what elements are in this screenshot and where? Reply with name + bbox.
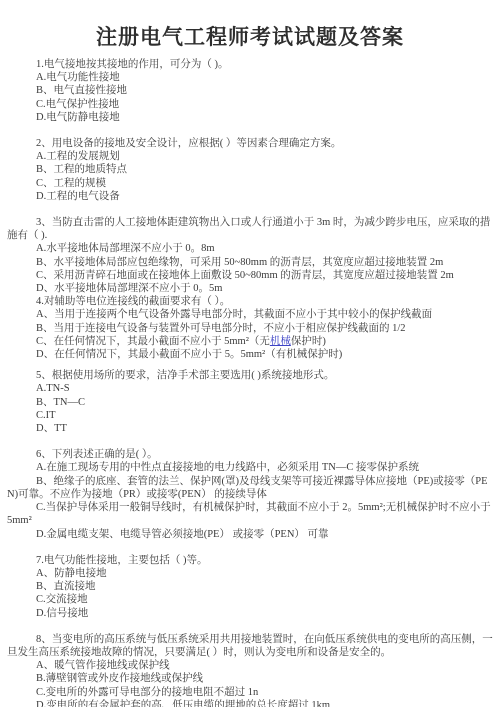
- option-text: C、在任何情况下，其最小截面不应小于 5mm²（无: [36, 336, 270, 347]
- option: B.薄壁钢管或外皮作接地线或保护线: [7, 672, 493, 685]
- question-stem: 4.对辅助等电位连接线的截面要求有（ ）。: [7, 295, 493, 308]
- option: C、工程的规模: [7, 177, 493, 190]
- question-block-7: 7.电气功能性接地，主要包括（ )等。 A、防静电接地 B、直流接地 C.交流接…: [7, 554, 493, 620]
- option: C、采用沥青碎石地面或在接地体上面敷设 50~80mm 的沥青层，其宽度应超过接…: [7, 269, 493, 282]
- option: D.金属电缆支架、电缆导管必须接地(PE） 或接零（PEN） 可靠: [7, 528, 493, 541]
- option: B、水平接地体局部应包绝缘物，可采用 50~80mm 的沥青层，其宽度应超过接地…: [7, 256, 493, 269]
- option: B、绝缘子的底座、套管的法兰、保护网(罩)及母线支架等可接近裸露导体应接地（PE…: [7, 475, 493, 501]
- question-stem: 6、下列表述正确的是( ）。: [7, 448, 493, 461]
- question-block-3: 3、当防直击雷的人工接地体距建筑物出入口或人行通道小于 3m 时，为减少跨步电压…: [7, 216, 493, 295]
- option: D.电气防静电接地: [7, 111, 493, 124]
- option: A.在施工现场专用的中性点直接接地的电力线路中，必须采用 TN—C 接零保护系统: [7, 461, 493, 474]
- question-block-4: 4.对辅助等电位连接线的截面要求有（ ）。 A、当用于连接两个电气设备外露导电部…: [7, 295, 493, 361]
- option: B、电气直接性接地: [7, 84, 493, 97]
- question-stem: 5、根据使用场所的要求，洁净手术部主要选用( )系统接地形式。: [7, 369, 493, 382]
- option: A.电气功能性接地: [7, 71, 493, 84]
- option: A.水平接地体局部埋深不应小于 0。8m: [7, 242, 493, 255]
- question-block-2: 2、用电设备的接地及安全设计，应根据( ）等因素合理确定方案。 A.工程的发展规…: [7, 137, 493, 203]
- option: D.工程的电气设备: [7, 190, 493, 203]
- option: C.交流接地: [7, 593, 493, 606]
- option: D、在任何情况下，其最小截面不应小于 5。5mm²（有机械保护时): [7, 348, 493, 361]
- document-page: 注册电气工程师考试试题及答案 1.电气接地按其接地的作用，可分为（ )。 A.电…: [0, 0, 500, 707]
- option: A.工程的发展规划: [7, 150, 493, 163]
- option: B、工程的地质特点: [7, 163, 493, 176]
- question-stem: 1.电气接地按其接地的作用，可分为（ )。: [7, 58, 493, 71]
- option: C.电气保护性接地: [7, 98, 493, 111]
- option: C、在任何情况下，其最小截面不应小于 5mm²（无机械保护时): [7, 335, 493, 348]
- page-title: 注册电气工程师考试试题及答案: [7, 21, 493, 51]
- option: C.IT: [7, 409, 493, 422]
- option: B、直流接地: [7, 580, 493, 593]
- jixie-link[interactable]: 机械: [270, 336, 291, 347]
- option-text: 保护时): [291, 336, 326, 347]
- option: A、当用于连接两个电气设备外露导电部分时，其截面不应小于其中较小的保护线截面: [7, 308, 493, 321]
- option: C.变电所的外露可导电部分的接地电阻不超过 1n: [7, 686, 493, 699]
- option: B、TN—C: [7, 396, 493, 409]
- option: A、暖气管作接地线或保护线: [7, 659, 493, 672]
- option: B、当用于连接电气设备与装置外可导电部分时，不应小于相应保护线截面的 1/2: [7, 322, 493, 335]
- question-block-1: 1.电气接地按其接地的作用，可分为（ )。 A.电气功能性接地 B、电气直接性接…: [7, 58, 493, 124]
- question-stem: 3、当防直击雷的人工接地体距建筑物出入口或人行通道小于 3m 时，为减少跨步电压…: [7, 216, 493, 242]
- option: D.信号接地: [7, 607, 493, 620]
- option: A.TN-S: [7, 382, 493, 395]
- option: D.变电所的有金属护套的高、低压电缆的埋地的总长度超过 1km: [7, 699, 493, 707]
- question-block-5: 5、根据使用场所的要求，洁净手术部主要选用( )系统接地形式。 A.TN-S B…: [7, 369, 493, 435]
- question-stem: 2、用电设备的接地及安全设计，应根据( ）等因素合理确定方案。: [7, 137, 493, 150]
- option: A、防静电接地: [7, 567, 493, 580]
- question-stem: 8、当变电所的高压系统与低压系统采用共用接地装置时，在向低压系统供电的变电所的高…: [7, 633, 493, 659]
- question-block-8: 8、当变电所的高压系统与低压系统采用共用接地装置时，在向低压系统供电的变电所的高…: [7, 633, 493, 707]
- question-block-6: 6、下列表述正确的是( ）。 A.在施工现场专用的中性点直接接地的电力线路中，必…: [7, 448, 493, 540]
- option: D、TT: [7, 422, 493, 435]
- option: C.当保护导体采用一般铜导线时，有机械保护时，其截面不应小于 2。5mm²;无机…: [7, 501, 493, 527]
- question-stem: 7.电气功能性接地，主要包括（ )等。: [7, 554, 493, 567]
- option: D、水平接地体局部埋深不应小于 0。5m: [7, 282, 493, 295]
